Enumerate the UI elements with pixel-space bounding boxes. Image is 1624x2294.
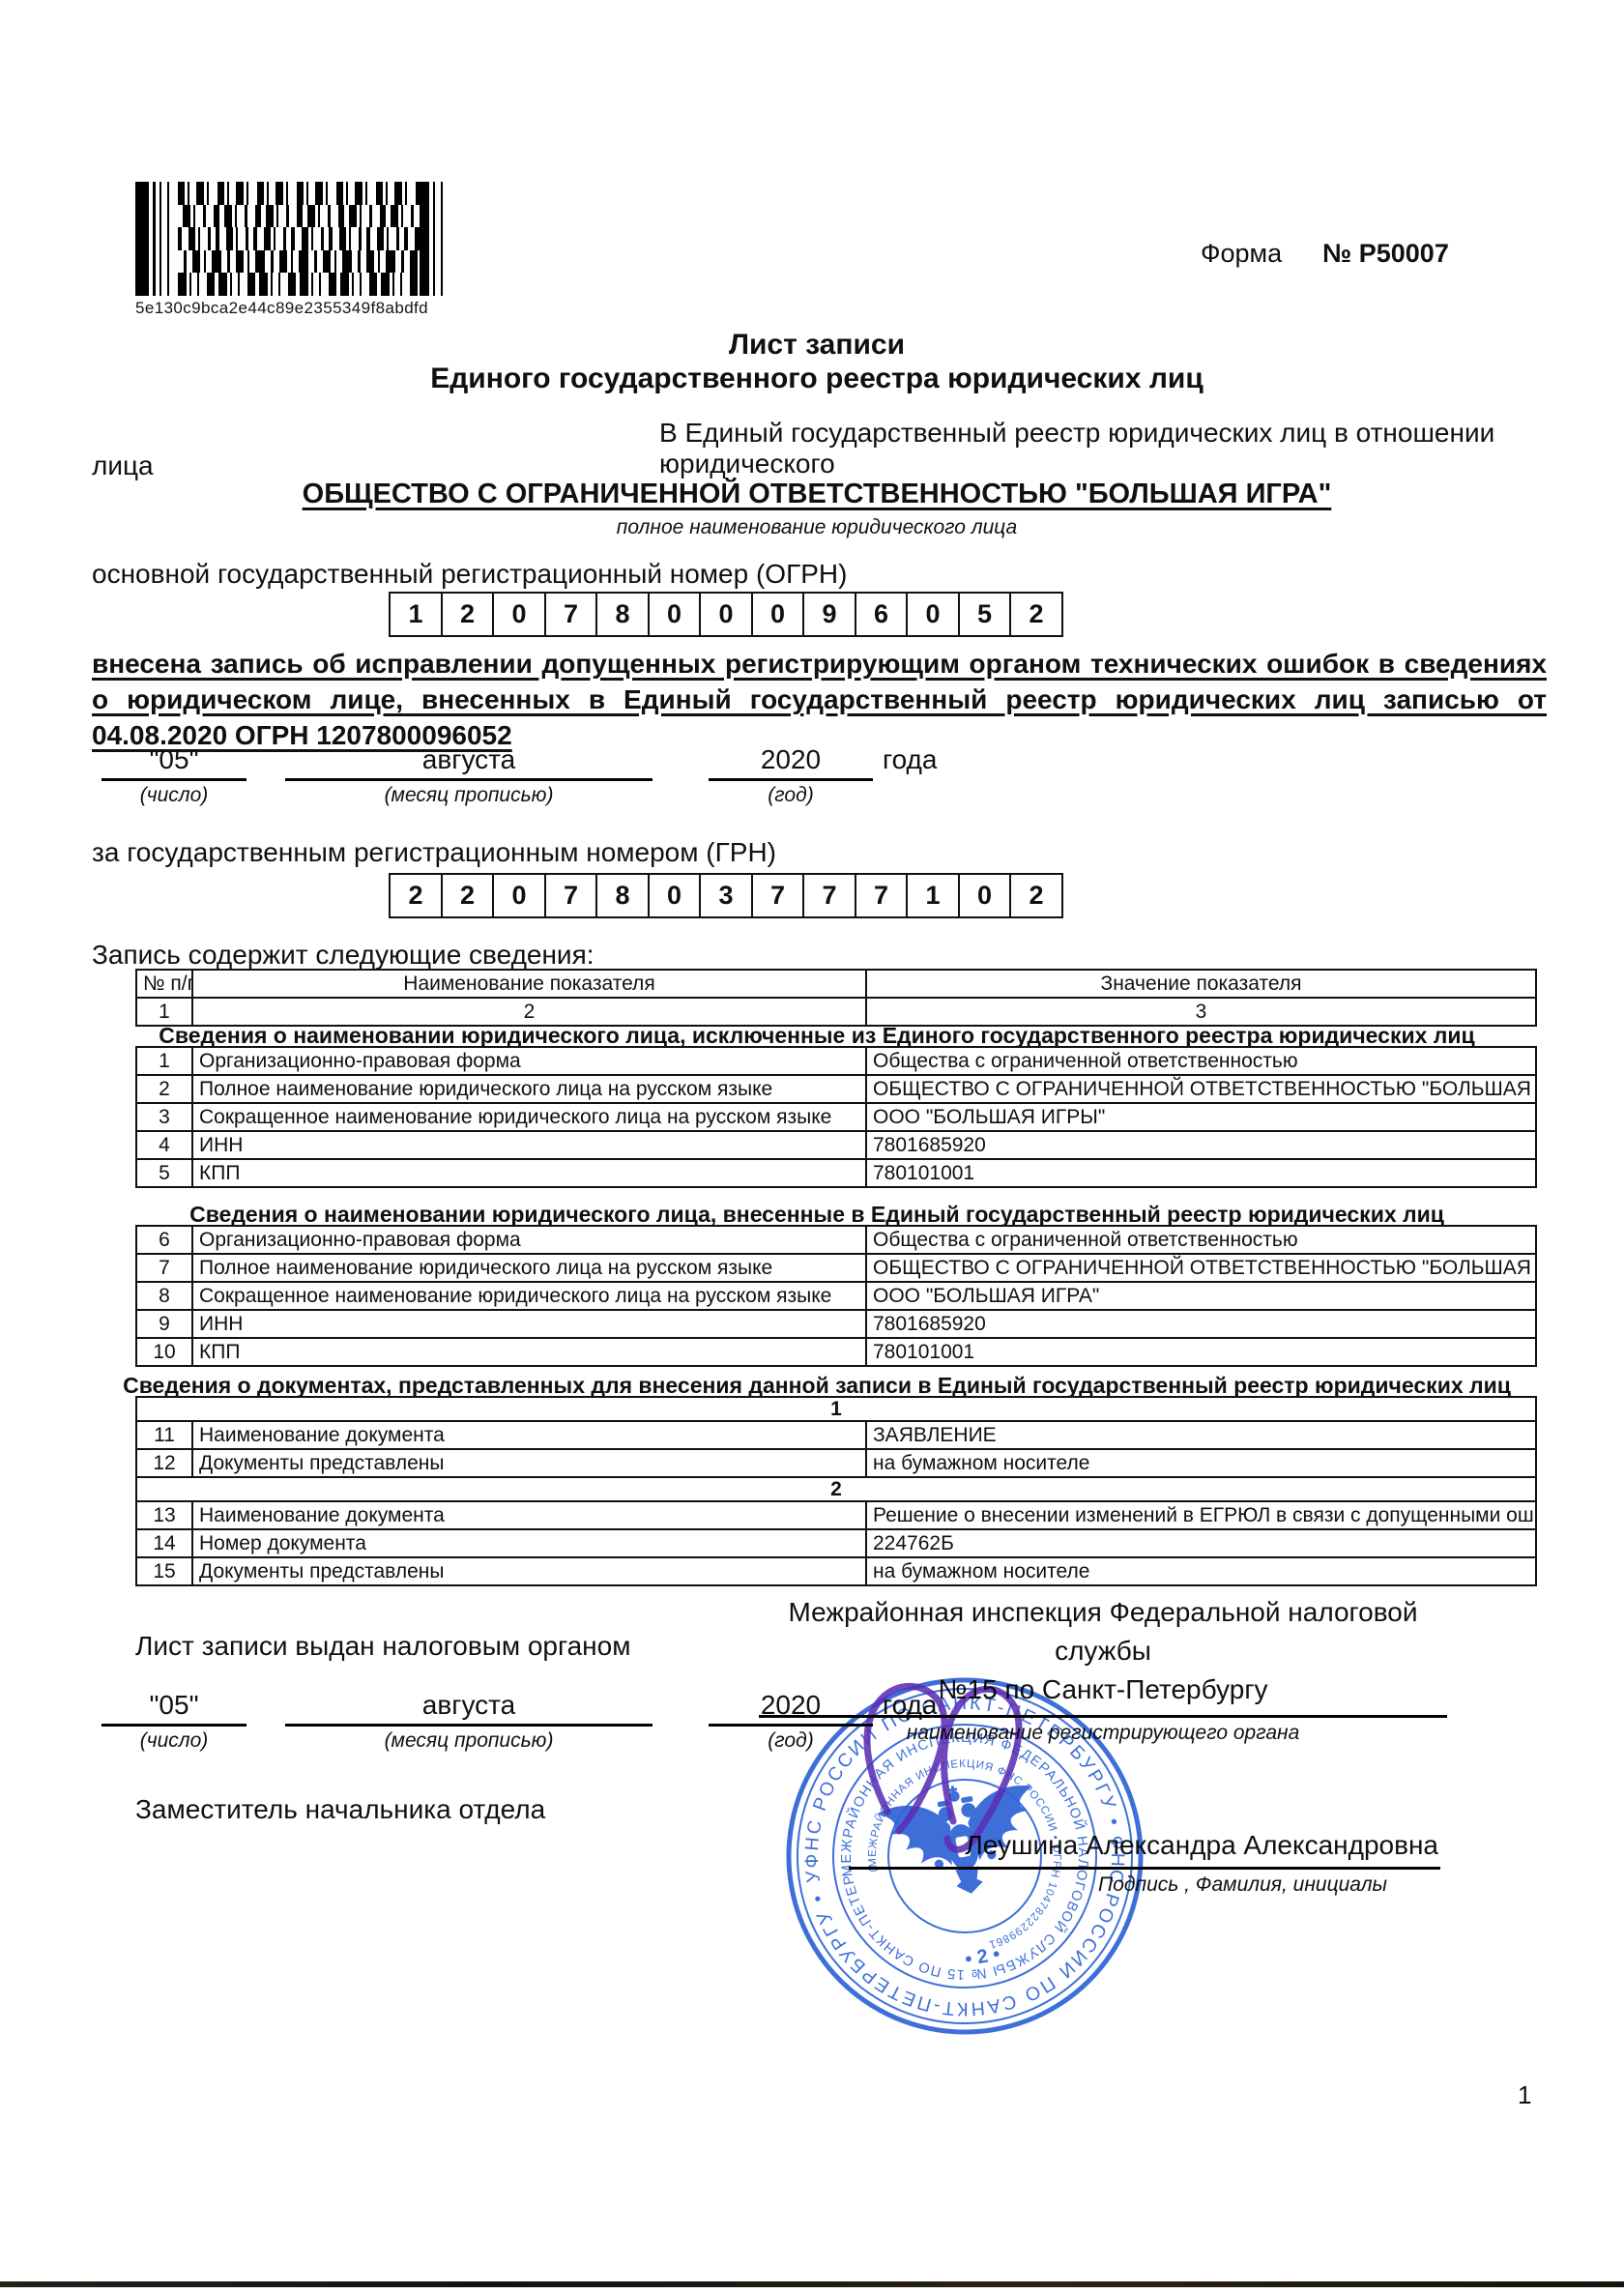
pdf417-barcode xyxy=(135,182,456,296)
date-month: августа xyxy=(285,744,652,781)
date-year-suffix: года xyxy=(883,744,937,775)
ogrn-digit: 0 xyxy=(751,592,805,637)
ogrn-digit: 8 xyxy=(595,592,650,637)
barcode-start-pattern xyxy=(135,182,178,296)
section1-table: 1Организационно-правовая формаОбщества с… xyxy=(135,1046,1537,1188)
grn-digit: 8 xyxy=(595,873,650,918)
col-index: 2 xyxy=(192,998,866,1026)
table-row: 11Наименование документаЗАЯВЛЕНИЕ xyxy=(136,1421,1536,1449)
table-row: 13Наименование документаРешение о внесен… xyxy=(136,1501,1536,1529)
tax-office-stamp: УФНС РОССИИ ПО САНКТ-ПЕТЕРБУРГУ • ФНС РО… xyxy=(773,1665,1156,2051)
intro-line2: лица xyxy=(92,450,154,481)
date-month-caption: (месяц прописью) xyxy=(285,781,652,807)
col-value-header: Значение показателя xyxy=(866,970,1536,998)
grn-label: за государственным регистрационным номер… xyxy=(92,837,776,868)
page-number: 1 xyxy=(1518,2080,1531,2110)
document-group-row: 2 xyxy=(136,1477,1536,1501)
table-row: 5КПП780101001 xyxy=(136,1159,1536,1187)
ogrn-digit-boxes: 1 2 0 7 8 0 0 0 9 6 0 5 2 xyxy=(389,592,1061,637)
company-name-caption: полное наименование юридического лица xyxy=(92,516,1542,539)
date-day-caption: (число) xyxy=(101,1727,246,1753)
ogrn-digit: 0 xyxy=(492,592,546,637)
table-row: 7Полное наименование юридического лица н… xyxy=(136,1254,1536,1282)
table-row: 12Документы представленына бумажном носи… xyxy=(136,1449,1536,1477)
grn-digit: 0 xyxy=(492,873,546,918)
table-row: 3Сокращенное наименование юридического л… xyxy=(136,1103,1536,1131)
table-row: 10КПП780101001 xyxy=(136,1338,1536,1366)
scan-edge-artifact xyxy=(0,2281,1624,2287)
date-day: "05" xyxy=(101,744,246,781)
grn-digit: 1 xyxy=(906,873,960,918)
official-position: Заместитель начальника отдела xyxy=(135,1794,545,1825)
document-title-line1: Лист записи xyxy=(92,329,1542,362)
indicator-header-table: № п/п Наименование показателя Значение п… xyxy=(135,969,1537,1027)
col-index: 1 xyxy=(136,998,192,1026)
date-year-caption: (год) xyxy=(709,781,873,807)
double-headed-eagle-icon xyxy=(875,1772,1048,1907)
ogrn-digit: 1 xyxy=(389,592,443,637)
grn-digit: 7 xyxy=(751,873,805,918)
issued-by-label: Лист записи выдан налоговым органом xyxy=(135,1631,630,1662)
section1-title: Сведения о наименовании юридического лиц… xyxy=(92,1023,1542,1049)
form-number: № Р50007 xyxy=(1322,239,1449,269)
grn-digit: 7 xyxy=(855,873,909,918)
grn-digit: 0 xyxy=(648,873,702,918)
section2-table: 6Организационно-правовая формаОбщества с… xyxy=(135,1225,1537,1367)
col-index: 3 xyxy=(866,998,1536,1026)
form-label: Форма xyxy=(1201,239,1282,269)
ogrn-digit: 0 xyxy=(648,592,702,637)
table-row: 2Полное наименование юридического лица н… xyxy=(136,1075,1536,1103)
authority-line1: Межрайонная инспекция Федеральной налого… xyxy=(759,1593,1447,1670)
grn-digit: 3 xyxy=(699,873,753,918)
grn-digit: 2 xyxy=(389,873,443,918)
ogrn-digit: 6 xyxy=(855,592,909,637)
ogrn-digit: 2 xyxy=(1009,592,1063,637)
ogrn-label: основной государственный регистрационный… xyxy=(92,559,847,590)
grn-digit: 2 xyxy=(1009,873,1063,918)
grn-digit: 0 xyxy=(958,873,1012,918)
record-statement: внесена запись об исправлении допущенных… xyxy=(92,646,1547,753)
table-row: 8Сокращенное наименование юридического л… xyxy=(136,1282,1536,1310)
col-name-header: Наименование показателя xyxy=(192,970,866,998)
ogrn-digit: 0 xyxy=(906,592,960,637)
date-month: августа xyxy=(285,1690,652,1727)
table-row: 4ИНН7801685920 xyxy=(136,1131,1536,1159)
table-row: 9ИНН7801685920 xyxy=(136,1310,1536,1338)
document-page: 5e130c9bca2e44c89e2355349f8abdfd Форма №… xyxy=(0,0,1624,2294)
table-row: 15Документы представленына бумажном носи… xyxy=(136,1557,1536,1585)
section3-table: 1 11Наименование документаЗАЯВЛЕНИЕ 12До… xyxy=(135,1396,1537,1586)
grn-digit: 2 xyxy=(441,873,495,918)
table-row: 1 2 3 xyxy=(136,998,1536,1026)
col-num-header: № п/п xyxy=(136,970,192,998)
ogrn-digit: 2 xyxy=(441,592,495,637)
date-year: 2020 xyxy=(709,744,873,781)
ogrn-digit: 7 xyxy=(544,592,598,637)
ogrn-digit: 5 xyxy=(958,592,1012,637)
form-reference: Форма № Р50007 xyxy=(1201,239,1449,269)
date-day: "05" xyxy=(101,1690,246,1727)
grn-digit: 7 xyxy=(802,873,856,918)
document-group-row: 1 xyxy=(136,1397,1536,1421)
table-row: № п/п Наименование показателя Значение п… xyxy=(136,970,1536,998)
grn-digit: 7 xyxy=(544,873,598,918)
date-month-caption: (месяц прописью) xyxy=(285,1727,652,1753)
section3-title: Сведения о документах, представленных дл… xyxy=(92,1373,1542,1399)
barcode-stop-pattern xyxy=(420,182,456,296)
record-date: "05" (число) августа (месяц прописью) 20… xyxy=(101,744,937,807)
table-row: 1Организационно-правовая формаОбщества с… xyxy=(136,1047,1536,1075)
date-day-caption: (число) xyxy=(101,781,246,807)
intro-line1: В Единый государственный реестр юридичес… xyxy=(659,418,1624,479)
section2-title: Сведения о наименовании юридического лиц… xyxy=(92,1202,1542,1228)
document-title-line2: Единого государственного реестра юридиче… xyxy=(92,363,1542,395)
barcode-caption: 5e130c9bca2e44c89e2355349f8abdfd xyxy=(135,299,428,318)
ogrn-digit: 9 xyxy=(802,592,856,637)
table-row: 6Организационно-правовая формаОбщества с… xyxy=(136,1226,1536,1254)
barcode-data-area xyxy=(178,182,420,296)
table-row: 14Номер документа224762Б xyxy=(136,1529,1536,1557)
ogrn-digit: 0 xyxy=(699,592,753,637)
grn-digit-boxes: 2 2 0 7 8 0 3 7 7 7 1 0 2 xyxy=(389,873,1061,918)
company-name: ОБЩЕСТВО С ОГРАНИЧЕННОЙ ОТВЕТСТВЕННОСТЬЮ… xyxy=(92,479,1542,510)
record-intro: Запись содержит следующие сведения: xyxy=(92,940,594,971)
